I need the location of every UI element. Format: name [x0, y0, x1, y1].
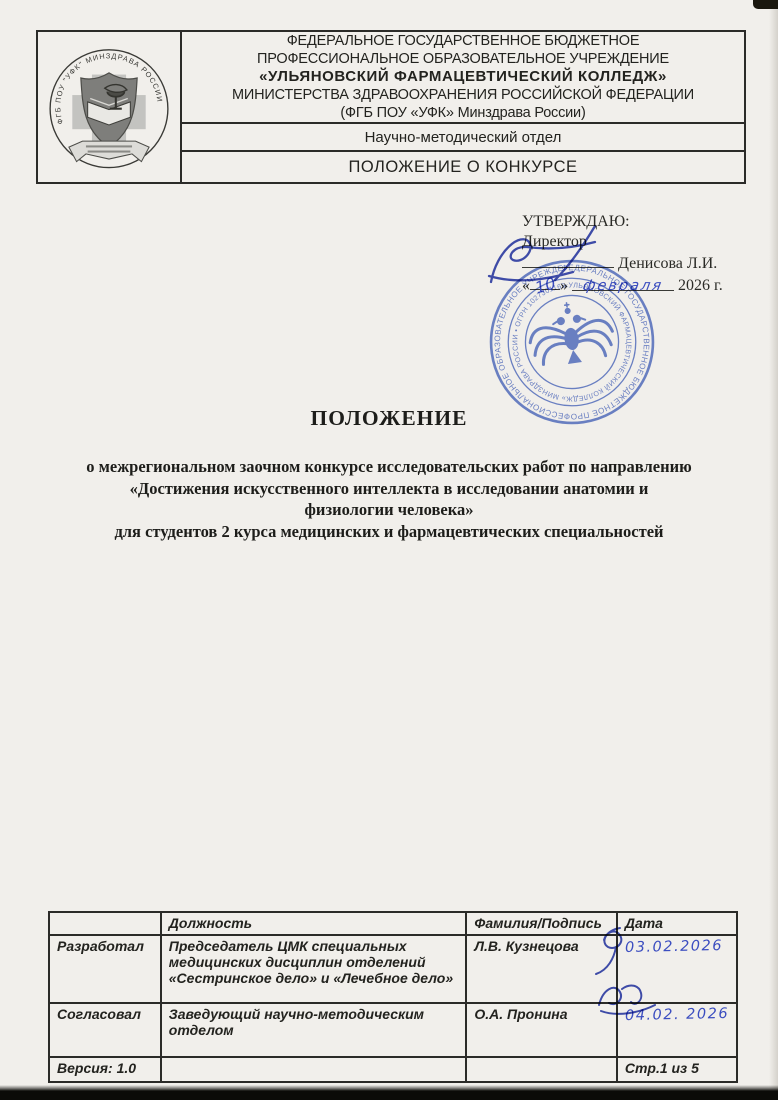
pronina-signature — [591, 977, 661, 1019]
empty-cell — [161, 1057, 467, 1082]
scanned-document-page: ФГБ ПОУ "УФК" МИНЗДРАВА РОССИИ — [0, 0, 778, 1100]
scan-corner-artifact — [753, 0, 778, 9]
role-cell: Согласовал — [49, 1003, 161, 1057]
subtitle-line: о межрегиональном заочном конкурсе иссле… — [24, 456, 754, 478]
empty-cell — [466, 1057, 616, 1082]
emblem-cell: ФГБ ПОУ "УФК" МИНЗДРАВА РОССИИ — [38, 32, 182, 182]
org-line: ПРОФЕССИОНАЛЬНОЕ ОБРАЗОВАТЕЛЬНОЕ УЧРЕЖДЕ… — [182, 50, 744, 68]
college-emblem-icon: ФГБ ПОУ "УФК" МИНЗДРАВА РОССИИ — [45, 38, 173, 176]
document-type-row: ПОЛОЖЕНИЕ О КОНКУРСЕ — [182, 150, 744, 182]
department-label: Научно-методический отдел — [365, 129, 562, 146]
role-cell: Разработал — [49, 935, 161, 1003]
scan-edge-shading — [769, 0, 778, 1100]
org-line: МИНИСТЕРСТВА ЗДРАВООХРАНЕНИЯ РОССИЙСКОЙ … — [182, 86, 744, 104]
department-row: Научно-методический отдел — [182, 122, 744, 150]
subtitle-line: для студентов 2 курса медицинских и фарм… — [24, 521, 754, 543]
header-empty-cell — [49, 912, 161, 935]
header-position-cell: Должность — [161, 912, 467, 935]
table-row-version: Версия: 1.0 Стр.1 из 5 — [49, 1057, 737, 1082]
scan-bottom-edge — [0, 1085, 778, 1100]
director-signature — [477, 220, 647, 294]
subtitle-line: физиологии человека» — [24, 499, 754, 521]
document-title: ПОЛОЖЕНИЕ — [0, 406, 778, 431]
emblem-ribbon-icon — [69, 141, 149, 161]
stamp-eagle-icon — [525, 297, 616, 369]
position-cell: Председатель ЦМК специальных медицинских… — [161, 935, 467, 1003]
document-type-label: ПОЛОЖЕНИЕ О КОНКУРСЕ — [348, 158, 577, 177]
org-line-college: «УЛЬЯНОВСКИЙ ФАРМАЦЕВТИЧЕСКИЙ КОЛЛЕДЖ» — [182, 68, 744, 86]
approval-year: 2026 г. — [678, 277, 723, 294]
org-line: (ФГБ ПОУ «УФК» Минздрава России) — [182, 104, 744, 122]
document-subtitle: о межрегиональном заочном конкурсе иссле… — [24, 456, 754, 542]
page-number-cell: Стр.1 из 5 — [617, 1057, 737, 1082]
org-line: ФЕДЕРАЛЬНОЕ ГОСУДАРСТВЕННОЕ БЮДЖЕТНОЕ — [182, 32, 744, 50]
position-cell: Заведующий научно-методическим отделом — [161, 1003, 467, 1057]
version-cell: Версия: 1.0 — [49, 1057, 161, 1082]
kuznetsova-signature — [586, 920, 642, 980]
subtitle-line: «Достижения искусственного интеллекта в … — [24, 478, 754, 500]
header-table: ФГБ ПОУ "УФК" МИНЗДРАВА РОССИИ — [36, 30, 746, 184]
organization-name-block: ФЕДЕРАЛЬНОЕ ГОСУДАРСТВЕННОЕ БЮДЖЕТНОЕ ПР… — [182, 32, 744, 122]
